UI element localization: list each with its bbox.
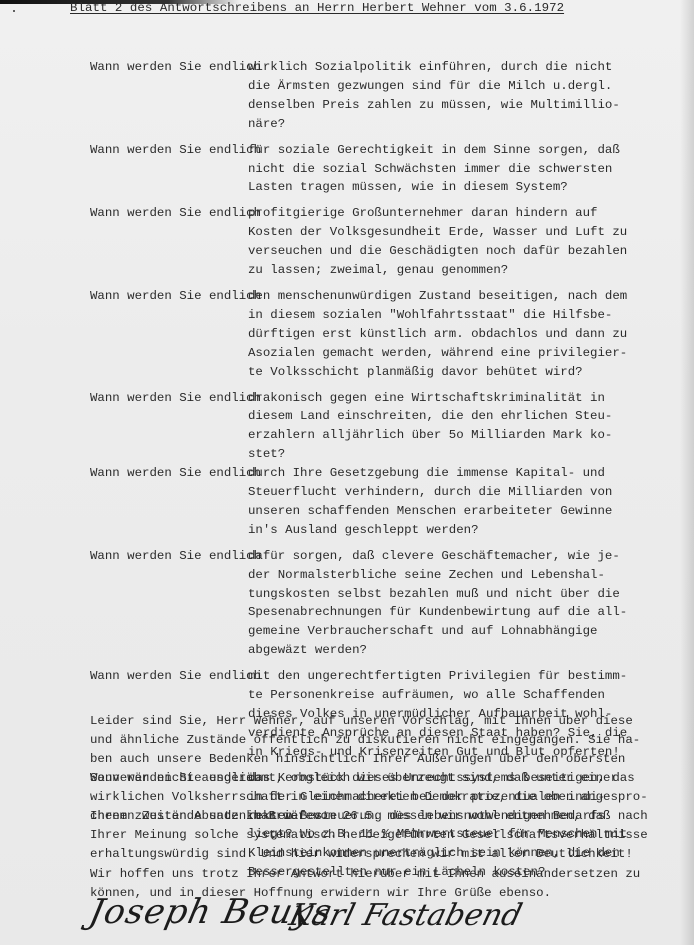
question-lead: Wann werden Sie endlich <box>90 141 248 198</box>
question-text: dafür sorgen, daß clevere Geschäftemache… <box>248 547 627 660</box>
question-text: drakonisch gegen eine Wirtschaftskrimina… <box>248 389 612 465</box>
question-item: Wann werden Sie endlich profitgierige Gr… <box>90 204 690 280</box>
question-item: Wann werden Sie endlich drakonisch gegen… <box>90 389 690 465</box>
paper-mark <box>13 10 15 12</box>
question-lead: Wann werden Sie endlich <box>90 464 248 540</box>
question-lead: Wann werden Sie endlich <box>90 204 248 280</box>
question-text: durch Ihre Gesetzgebung die immense Kapi… <box>248 464 612 540</box>
signature-block: Joseph Beuys Karl Fastabend <box>90 892 610 945</box>
question-item: Wann werden Sie endlich durch Ihre Geset… <box>90 464 690 540</box>
question-text: wirklich Sozialpolitik einführen, durch … <box>248 58 620 134</box>
question-item: Wann werden Sie endlich wirklich Sozialp… <box>90 58 690 134</box>
question-lead: Wann werden Sie endlich <box>90 58 248 134</box>
question-lead: Wann werden Sie endlich <box>90 547 248 660</box>
question-lead: Wann werden Sie endlich <box>90 287 248 382</box>
page-header: Blatt 2 des Antwortschreibens an Herrn H… <box>70 0 564 16</box>
question-lead: Wann werden Sie endlich <box>90 389 248 465</box>
paragraph-objection: Ihrem zweiten Absatz im Brief vom 26.5. … <box>90 807 648 864</box>
question-item: Wann werden Sie endlich den menschenunwü… <box>90 287 690 382</box>
question-item: Wann werden Sie endlich für soziale Gere… <box>90 141 690 198</box>
letter-page: Blatt 2 des Antwortschreibens an Herrn H… <box>0 0 694 945</box>
signature-fastabend: Karl Fastabend <box>286 898 526 933</box>
question-item: Wann werden Sie endlich dafür sorgen, da… <box>90 547 690 660</box>
question-text: den menschenunwürdigen Zustand beseitige… <box>248 287 627 382</box>
question-text: für soziale Gerechtigkeit in dem Sinne s… <box>248 141 620 198</box>
question-text: profitgierige Großunternehmer daran hind… <box>248 204 627 280</box>
